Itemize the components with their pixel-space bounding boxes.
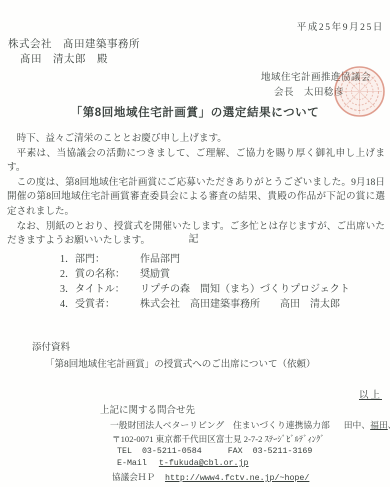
item-label: 1．部門： xyxy=(60,253,140,268)
sender-representative: 会長 太田稔彦 xyxy=(274,86,371,101)
homepage-url: http://www4.fctv.ne.jp/~hope/ xyxy=(165,474,309,483)
contact-homepage-line: 協議会ＨＰhttp://www4.fctv.ne.jp/~hope/ xyxy=(112,471,309,483)
fax-number: 03-5211-3169 xyxy=(253,447,313,456)
attachment-item: 「第8回地域住宅計画賞」の授賞式へのご出席について（依頼） xyxy=(45,356,316,370)
list-item-winner: 4．受賞者： 株式会社 高田建築事務所 高田 清太郎 xyxy=(60,298,350,313)
body-paragraph-2: 平素は、当協議会の活動につきまして、ご理解、ご協力を賜り厚く御礼申し上げます。 xyxy=(7,147,385,176)
letter-title: 「第8回地域住宅計画賞」の選定結果について xyxy=(0,104,390,120)
contact-email-line: E-Mailt-fukuda@cbl.or.jp xyxy=(117,459,249,468)
contact-heading: 上記に関する問合せ先 xyxy=(100,402,195,416)
letter-date: 平成25年9月25日 xyxy=(297,19,384,33)
list-item-award-name: 2．賞の名称： 奨励賞 xyxy=(60,268,350,283)
item-value: 奨励賞 xyxy=(140,268,170,283)
contact-tel-fax-line: TEL03-5211-0584FAX03-5211-3169 xyxy=(117,447,312,456)
item-value: 作品部門 xyxy=(140,253,180,268)
award-detail-list: 1．部門： 作品部門 2．賞の名称： 奨励賞 3．タイトル： リプチの森 間知（… xyxy=(60,253,350,313)
fax-label: FAX xyxy=(228,447,243,456)
body-paragraph-1: 時下、益々ご清栄のこととお慶び申し上げます。 xyxy=(7,132,385,147)
notation-ki: 記 xyxy=(0,230,390,245)
contact-address: 〒102-0071 東京都千代田区富士見 2-7-2 ｽﾃｰｼﾞﾋﾞﾙﾃﾞｨﾝｸ… xyxy=(112,433,325,445)
item-label: 4．受賞者： xyxy=(60,298,140,313)
recipient-person: 髙田 清太郎 殿 xyxy=(20,52,140,67)
contact-organization: 一般財団法人ベターリビング 住まいづくり連携協力部 xyxy=(110,420,330,430)
contact-organization-line: 一般財団法人ベターリビング 住まいづくり連携協力部田中、福田、小林 xyxy=(110,418,390,431)
contact-person-underlined: 福田 xyxy=(370,420,388,430)
closing-ijou: 以上 xyxy=(359,387,382,401)
scanned-letter-page: 平成25年9月25日 株式会社 髙田建築事務所 髙田 清太郎 殿 地域住宅計画推… xyxy=(0,0,390,487)
list-item-title: 3．タイトル： リプチの森 間知（まち）づくりプロジェクト xyxy=(60,283,350,298)
recipient-company: 株式会社 髙田建築事務所 xyxy=(8,37,140,52)
sender-organization: 地域住宅計画推進協議会 xyxy=(261,71,371,86)
email-label: E-Mail xyxy=(117,459,147,468)
list-item-category: 1．部門： 作品部門 xyxy=(60,253,350,268)
item-value: リプチの森 間知（まち）づくりプロジェクト xyxy=(140,283,350,298)
homepage-label: 協議会ＨＰ xyxy=(112,472,155,482)
sender-block: 地域住宅計画推進協議会 会長 太田稔彦 xyxy=(261,71,371,100)
body-paragraph-3: この度は、第8回地域住宅計画賞にご応募いただきありがとうございました。9月18日… xyxy=(7,176,385,220)
item-label: 2．賞の名称： xyxy=(60,268,140,283)
email-address: t-fukuda@cbl.or.jp xyxy=(159,459,249,468)
recipient-block: 株式会社 髙田建築事務所 髙田 清太郎 殿 xyxy=(8,37,140,67)
item-label: 3．タイトル： xyxy=(60,283,140,298)
attachment-heading: 添付資料 xyxy=(32,339,70,353)
contact-persons: 田中、福田、小林 xyxy=(344,420,390,430)
item-value: 株式会社 高田建築事務所 高田 清太郎 xyxy=(140,298,340,313)
tel-label: TEL xyxy=(117,447,132,456)
tel-number: 03-5211-0584 xyxy=(142,447,202,456)
